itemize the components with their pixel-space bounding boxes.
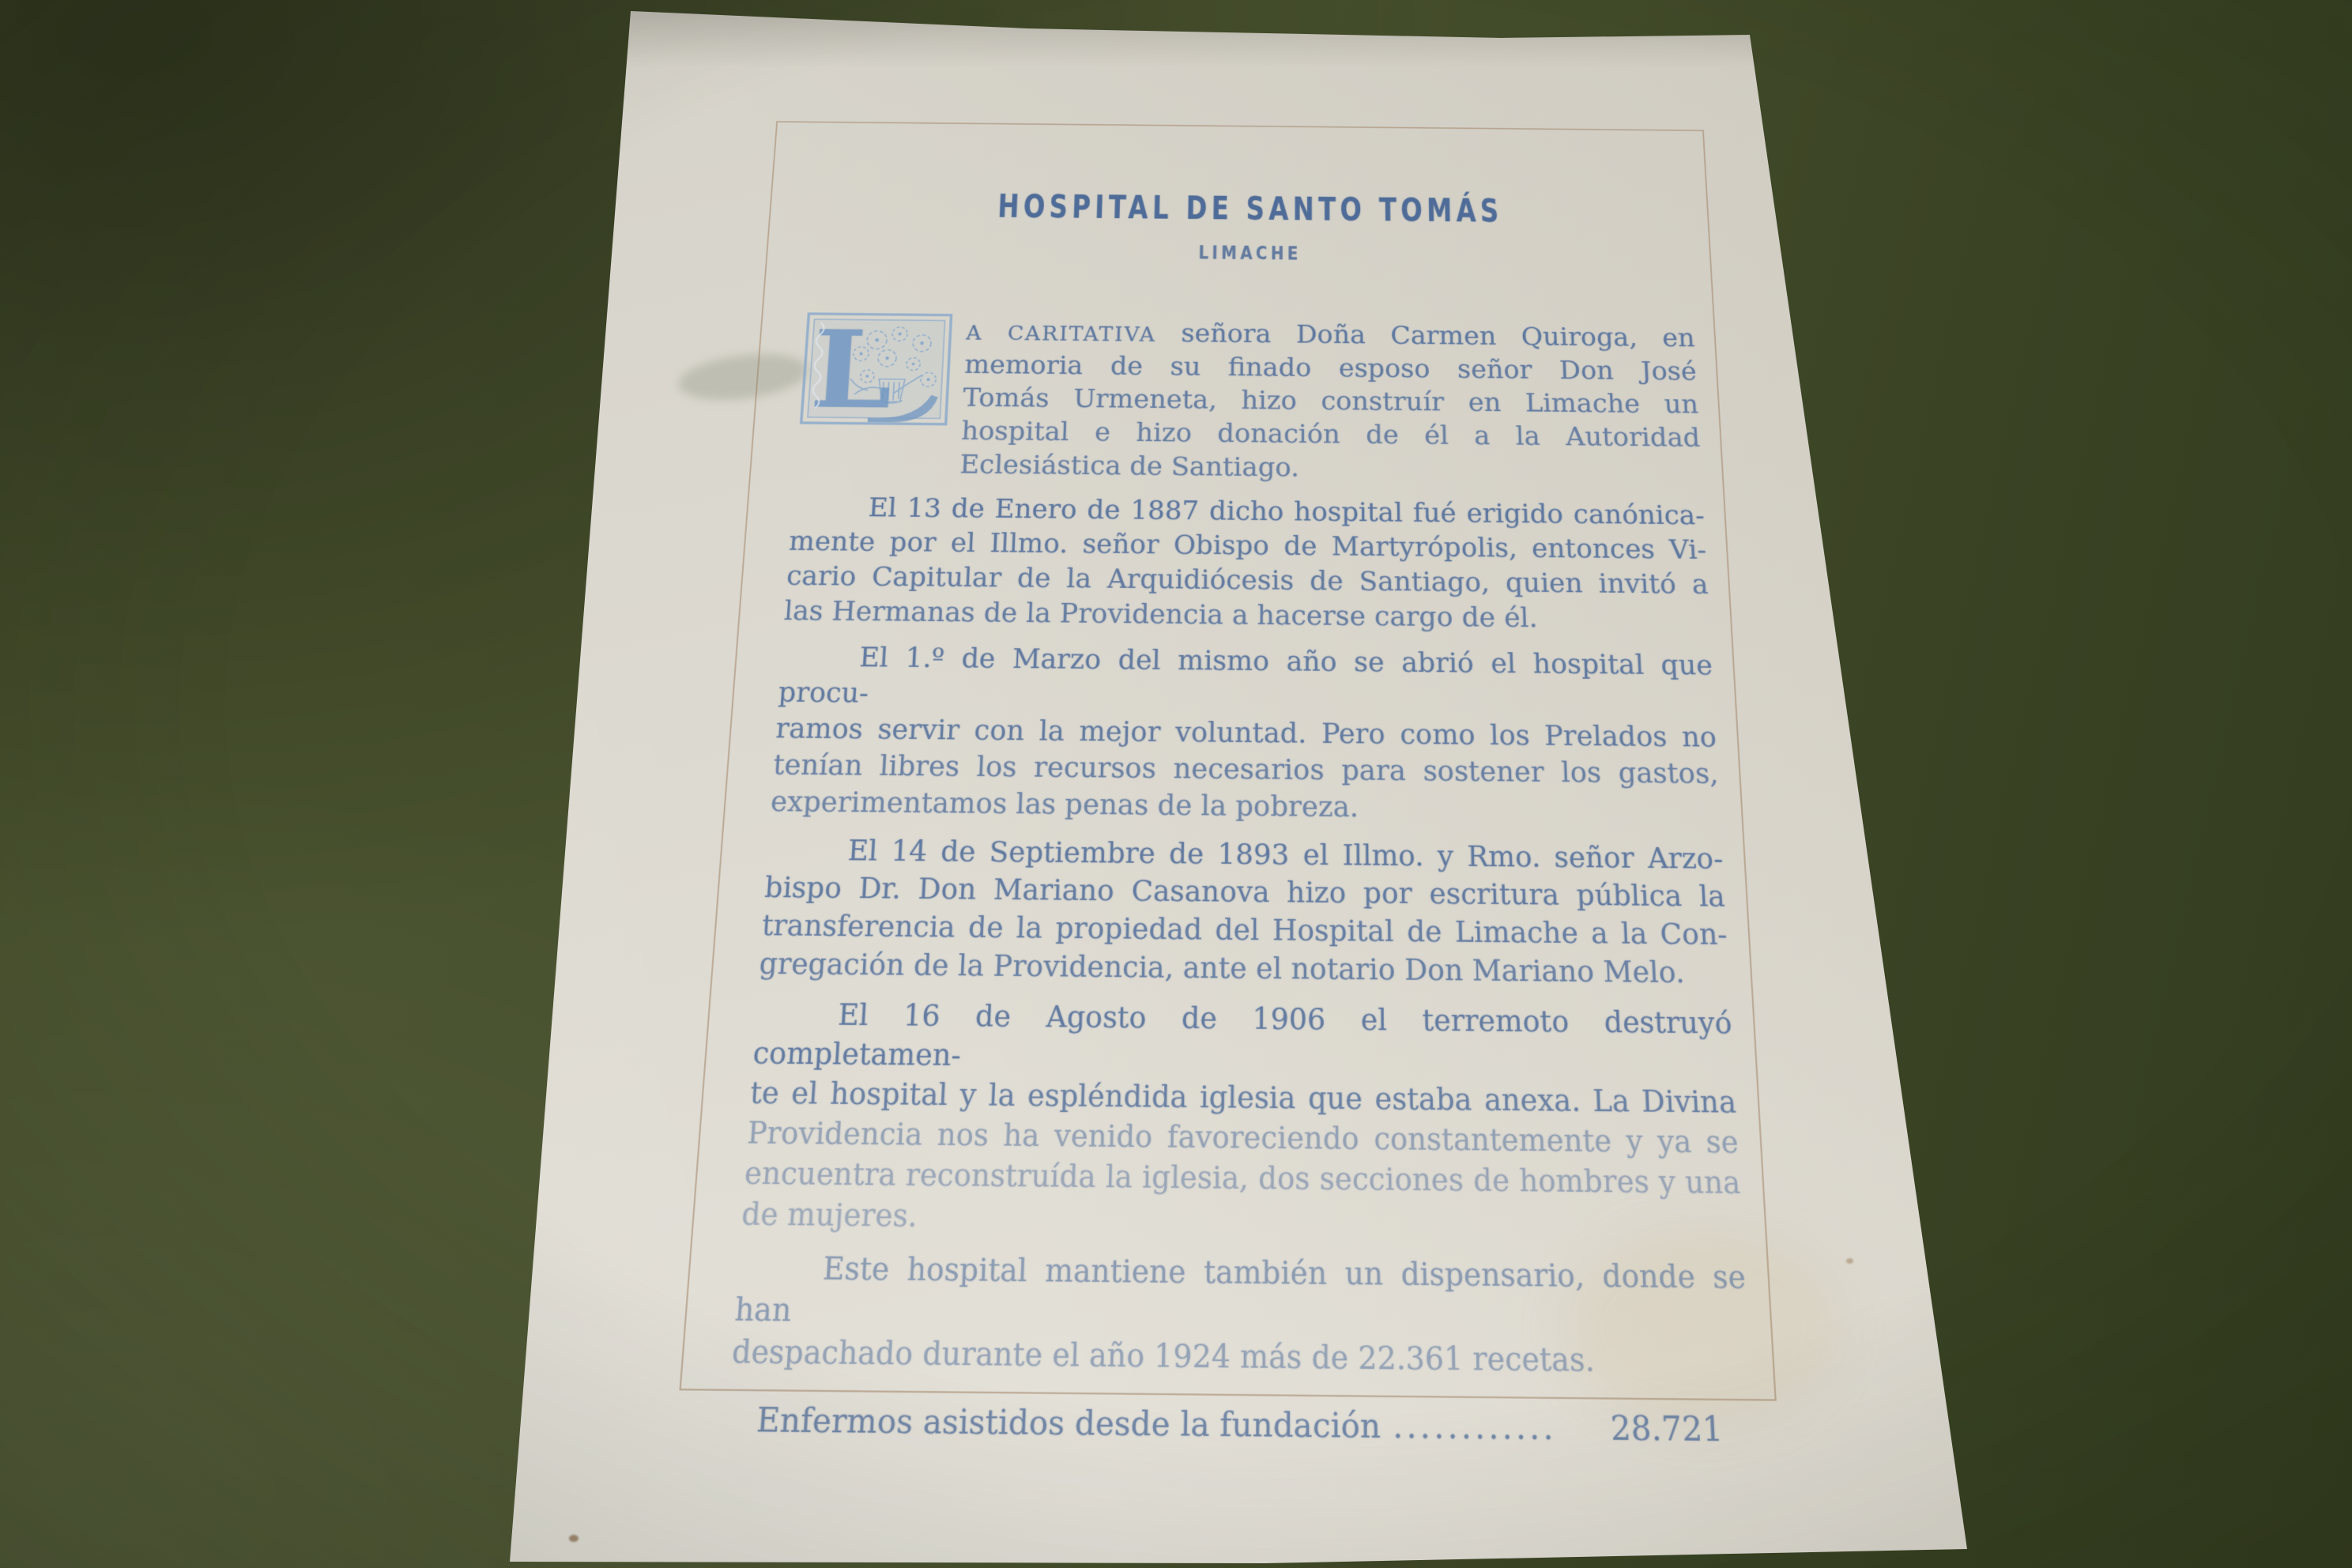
- text-line: de mujeres.: [741, 1195, 1744, 1246]
- lead-smallcaps: A CARITATIVA: [966, 322, 1157, 346]
- paragraph: Este hospital mantiene también un dispen…: [730, 1249, 1751, 1385]
- printed-area: HOSPITAL DE SANTO TOMÁS LIMACHE: [679, 121, 1776, 1401]
- paragraph: El 16 de Agosto de 1906 el terremoto des…: [741, 996, 1744, 1246]
- paragraph: A CARITATIVA señora Doña Carmen Quiroga,…: [959, 316, 1702, 490]
- document-title: HOSPITAL DE SANTO TOMÁS: [934, 187, 1566, 231]
- text-line: gregación de la Providencia, ante el not…: [758, 946, 1730, 994]
- paragraphs: A CARITATIVA señora Doña Carmen Quiroga,…: [730, 315, 1751, 1385]
- speck: [1846, 1258, 1853, 1264]
- document-subtitle: LIMACHE: [906, 239, 1594, 268]
- photo-stage: HOSPITAL DE SANTO TOMÁS LIMACHE: [0, 0, 2352, 1568]
- text-line: El 16 de Agosto de 1906 el terremoto des…: [752, 996, 1736, 1084]
- text-line: despachado durante el año 1924 más de 22…: [730, 1332, 1751, 1384]
- dropcap-letter: L: [808, 311, 896, 426]
- summary-label: Enfermos asistidos desde la fundación: [756, 1399, 1381, 1448]
- paragraph: El 1.º de Marzo del mismo año se abrió e…: [770, 640, 1722, 831]
- dropcap-ornament: L: [799, 311, 954, 426]
- paragraph: El 13 de Enero de 1887 dicho hospital fu…: [783, 491, 1711, 639]
- speck: [569, 1535, 579, 1542]
- paragraph: El 14 de Septiembre de 1893 el Illmo. y …: [758, 832, 1730, 993]
- text-line: El 1.º de Marzo del mismo año se abrió e…: [777, 640, 1715, 721]
- text-line: Este hospital mantiene también un dispen…: [733, 1249, 1749, 1342]
- text-line: Eclesiástica de Santiago.: [959, 449, 1702, 490]
- summary-value: 28.721: [1610, 1407, 1724, 1451]
- summary-dots: ............: [1393, 1404, 1557, 1449]
